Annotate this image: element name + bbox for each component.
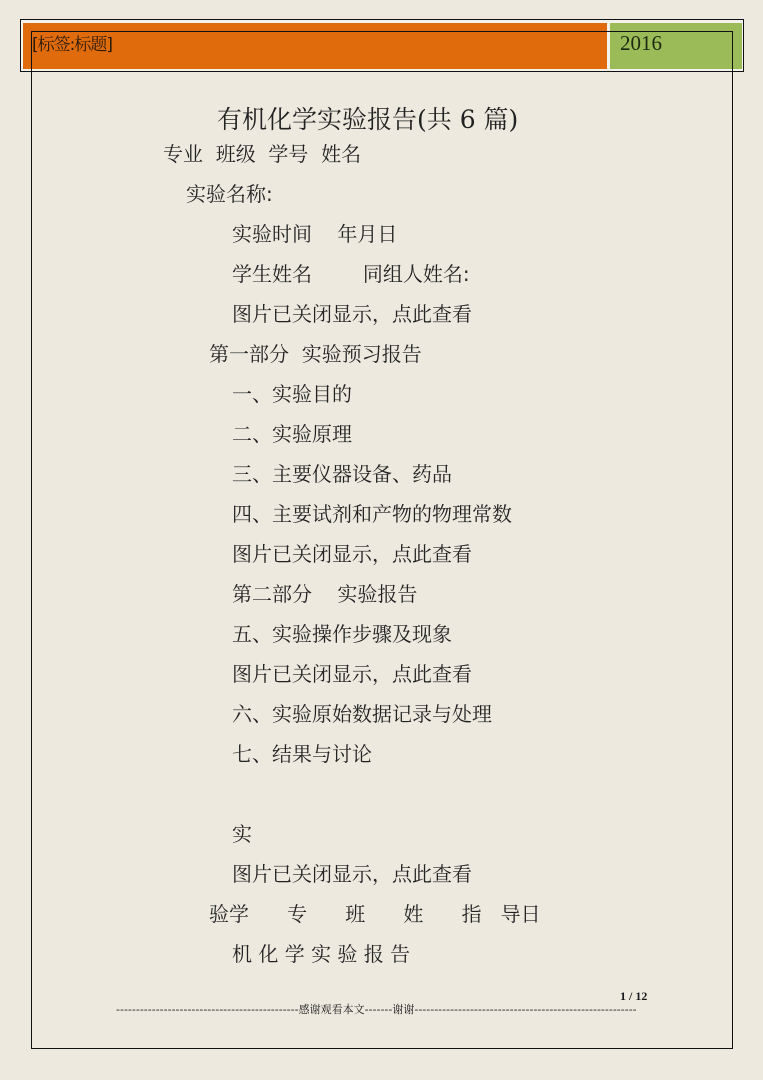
document-line: 专业 班级 学号 姓名 <box>163 142 361 166</box>
document-line: 第二部分 实验报告 <box>232 582 417 606</box>
document-line: 五、实验操作步骤及现象 <box>232 622 452 646</box>
image-hidden-link[interactable]: 图片已关闭显示，点此查看 <box>232 662 472 686</box>
document-line: 第一部分 实验预习报告 <box>209 342 422 366</box>
page-border <box>31 31 733 1049</box>
document-line: 实 <box>232 822 252 846</box>
document-line: 验学 专 班 姓 指 导日 <box>209 902 541 926</box>
document-line: 一、实验目的 <box>232 382 352 406</box>
document-line: 三、主要仪器设备、药品 <box>232 462 452 486</box>
document-line: 四、主要试剂和产物的物理常数 <box>232 502 512 526</box>
document-line: 二、实验原理 <box>232 422 352 446</box>
document-line: 学生姓名 同组人姓名: <box>232 262 470 286</box>
document-line: 六、实验原始数据记录与处理 <box>232 702 492 726</box>
document-line: 七、结果与讨论 <box>232 742 372 766</box>
footer-thanks: ----------------------------------------… <box>116 1001 636 1017</box>
image-hidden-link[interactable]: 图片已关闭显示，点此查看 <box>232 542 472 566</box>
image-hidden-link[interactable]: 图片已关闭显示，点此查看 <box>232 302 472 326</box>
document-line: 机 化 学 实 验 报 告 <box>232 942 410 966</box>
document-title: 有机化学实验报告(共 6 篇) <box>217 100 518 136</box>
document-line: 实验名称: <box>186 182 273 206</box>
document-line: 实验时间 年月日 <box>232 222 397 246</box>
image-hidden-link[interactable]: 图片已关闭显示，点此查看 <box>232 862 472 886</box>
